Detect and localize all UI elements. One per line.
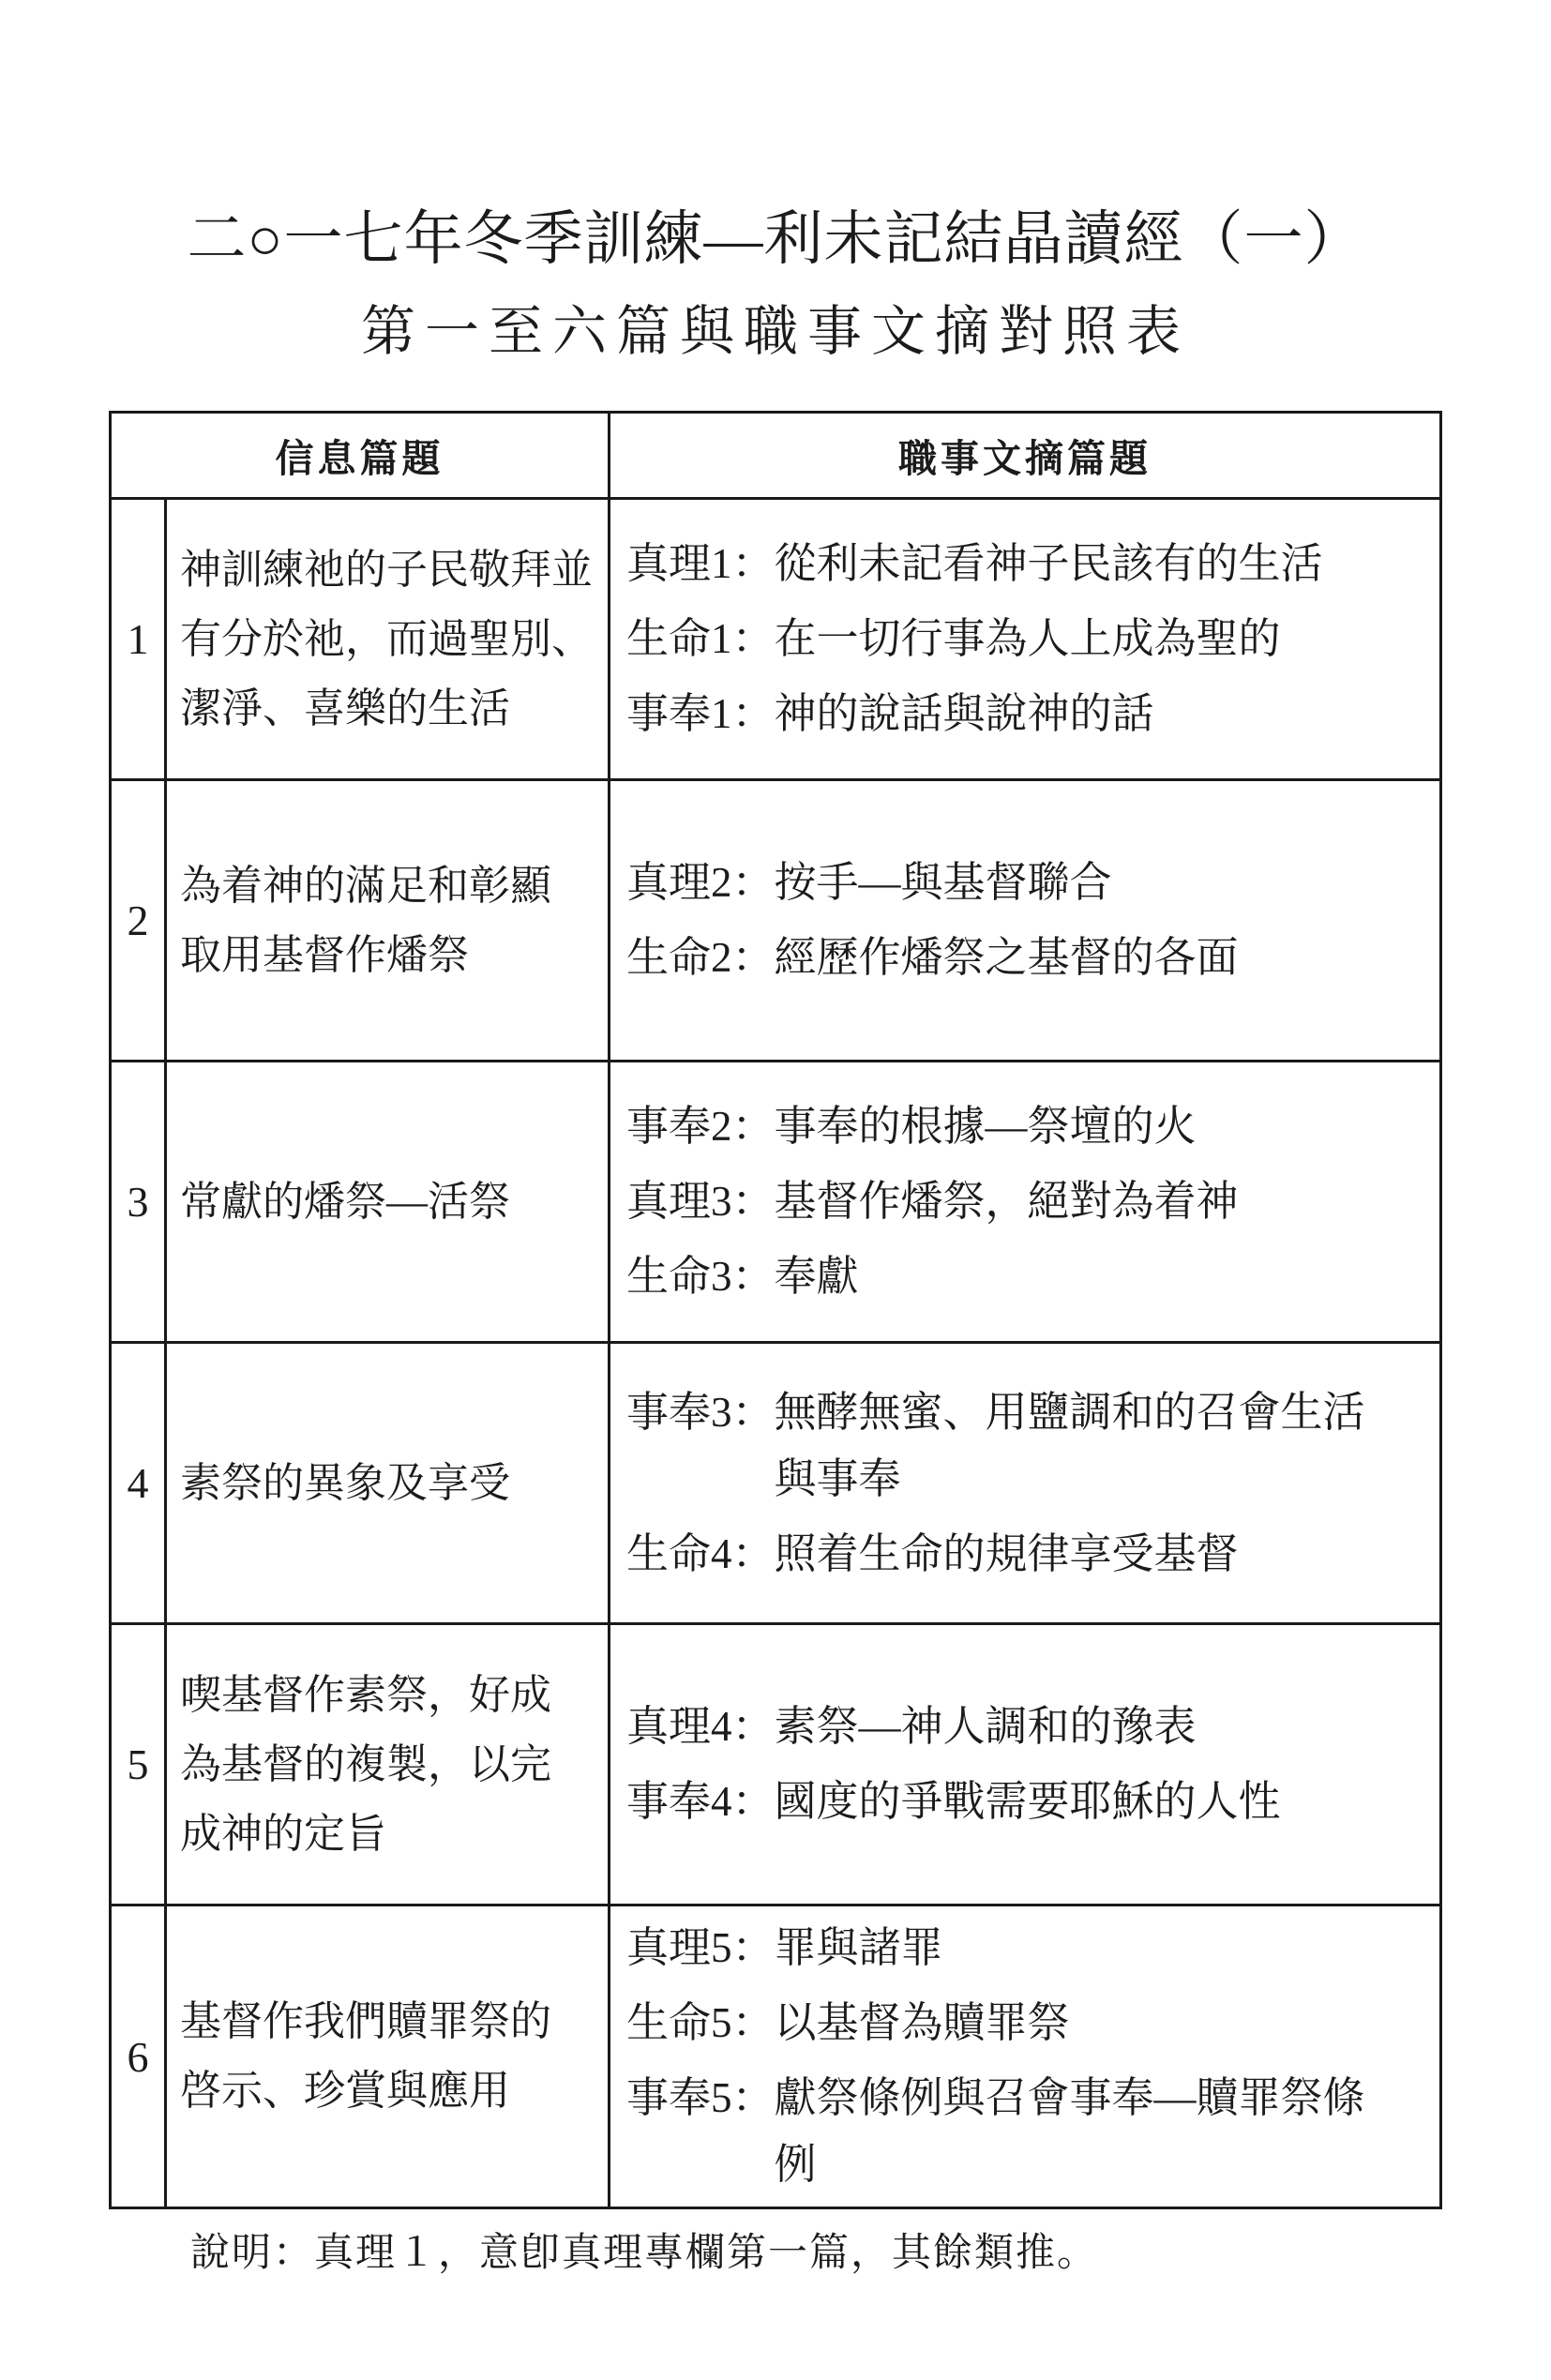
ministry-item-text: 獻祭條例與召會事奉—贖罪祭條 例 xyxy=(775,2065,1365,2198)
ministry-item-text: 奉獻 xyxy=(775,1243,859,1310)
ministry-item-label: 事奉5： xyxy=(626,2065,775,2131)
ministry-item-label: 真理4： xyxy=(626,1694,775,1760)
ministry-item: 生命2：經歷作燔祭之基督的各面 xyxy=(626,925,1430,991)
table-row: 2 為着神的滿足和彰顯 取用基督作燔祭 真理2：按手—與基督聯合生命2：經歷作燔… xyxy=(111,780,1441,1062)
message-title-text: 為着神的滿足和彰顯 取用基督作燔祭 xyxy=(180,851,600,990)
table-body: 1 神訓練祂的子民敬拜並 有分於祂，而過聖別、 潔淨、喜樂的生活 真理1：從利未… xyxy=(111,499,1441,2208)
table-header: 信息篇題 職事文摘篇題 xyxy=(111,413,1441,499)
message-title-text: 基督作我們贖罪祭的 啓示、珍賞與應用 xyxy=(180,1987,600,2126)
ministry-item: 真理4：素祭—神人調和的豫表 xyxy=(626,1694,1430,1760)
ministry-item-text: 無酵無蜜、用鹽調和的召會生活 與事奉 xyxy=(775,1379,1365,1513)
comparison-table: 信息篇題 職事文摘篇題 1 神訓練祂的子民敬拜並 有分於祂，而過聖別、 潔淨、喜… xyxy=(109,411,1442,2209)
ministry-excerpt-cell: 事奉2：事奉的根據—祭壇的火真理3：基督作燔祭，絕對為着神生命3：奉獻 xyxy=(610,1062,1441,1343)
header-row: 信息篇題 職事文摘篇題 xyxy=(111,413,1441,499)
ministry-excerpt-cell: 真理5：罪與諸罪生命5：以基督為贖罪祭事奉5：獻祭條例與召會事奉—贖罪祭條 例 xyxy=(610,1906,1441,2208)
message-title-cell: 常獻的燔祭—活祭 xyxy=(166,1062,610,1343)
message-title-text: 神訓練祂的子民敬拜並 有分於祂，而過聖別、 潔淨、喜樂的生活 xyxy=(180,535,600,744)
row-number: 5 xyxy=(111,1624,166,1906)
row-number: 2 xyxy=(111,780,166,1062)
ministry-excerpt-cell: 事奉3：無酵無蜜、用鹽調和的召會生活 與事奉生命4：照着生命的規律享受基督 xyxy=(610,1343,1441,1624)
ministry-item-text: 從利未記看神子民該有的生活 xyxy=(775,531,1323,597)
ministry-list: 真理5：罪與諸罪生命5：以基督為贖罪祭事奉5：獻祭條例與召會事奉—贖罪祭條 例 xyxy=(626,1915,1430,2198)
ministry-item-label: 真理1： xyxy=(626,531,775,597)
ministry-item-label: 事奉3： xyxy=(626,1379,775,1446)
ministry-item-label: 真理3： xyxy=(626,1168,775,1235)
header-message-column: 信息篇題 xyxy=(111,413,610,499)
table-row: 3 常獻的燔祭—活祭 事奉2：事奉的根據—祭壇的火真理3：基督作燔祭，絕對為着神… xyxy=(111,1062,1441,1343)
ministry-item-text: 罪與諸罪 xyxy=(775,1915,943,1981)
ministry-item-label: 生命4： xyxy=(626,1521,775,1588)
ministry-item-text: 國度的爭戰需要耶穌的人性 xyxy=(775,1769,1281,1835)
ministry-item-label: 生命5： xyxy=(626,1990,775,2056)
ministry-item-label: 真理2： xyxy=(626,850,775,916)
ministry-item: 真理3：基督作燔祭，絕對為着神 xyxy=(626,1168,1430,1235)
ministry-item-label: 真理5： xyxy=(626,1915,775,1981)
message-title-text: 常獻的燔祭—活祭 xyxy=(180,1167,600,1237)
ministry-item-text: 按手—與基督聯合 xyxy=(775,850,1112,916)
ministry-item-label: 事奉2： xyxy=(626,1093,775,1160)
message-title-cell: 喫基督作素祭，好成 為基督的複製，以完 成神的定旨 xyxy=(166,1624,610,1906)
ministry-item-label: 事奉1： xyxy=(626,681,775,747)
ministry-item: 事奉2：事奉的根據—祭壇的火 xyxy=(626,1093,1430,1160)
message-title-cell: 基督作我們贖罪祭的 啓示、珍賞與應用 xyxy=(166,1906,610,2208)
ministry-item-text: 在一切行事為人上成為聖的 xyxy=(775,606,1281,672)
ministry-item-label: 生命1： xyxy=(626,606,775,672)
ministry-item: 真理5：罪與諸罪 xyxy=(626,1915,1430,1981)
ministry-list: 真理2：按手—與基督聯合生命2：經歷作燔祭之基督的各面 xyxy=(626,850,1430,991)
ministry-list: 事奉3：無酵無蜜、用鹽調和的召會生活 與事奉生命4：照着生命的規律享受基督 xyxy=(626,1379,1430,1588)
ministry-item-text: 經歷作燔祭之基督的各面 xyxy=(775,925,1239,991)
table-row: 4 素祭的異象及享受 事奉3：無酵無蜜、用鹽調和的召會生活 與事奉生命4：照着生… xyxy=(111,1343,1441,1624)
ministry-item: 事奉4：國度的爭戰需要耶穌的人性 xyxy=(626,1769,1430,1835)
ministry-excerpt-cell: 真理2：按手—與基督聯合生命2：經歷作燔祭之基督的各面 xyxy=(610,780,1441,1062)
ministry-item: 生命4：照着生命的規律享受基督 xyxy=(626,1521,1430,1588)
ministry-item: 事奉1：神的說話與說神的話 xyxy=(626,681,1430,747)
ministry-item-label: 事奉4： xyxy=(626,1769,775,1835)
ministry-item: 生命3：奉獻 xyxy=(626,1243,1430,1310)
ministry-item-text: 神的說話與說神的話 xyxy=(775,681,1154,747)
ministry-list: 真理1：從利未記看神子民該有的生活生命1：在一切行事為人上成為聖的事奉1：神的說… xyxy=(626,531,1430,747)
ministry-item: 生命5：以基督為贖罪祭 xyxy=(626,1990,1430,2056)
row-number: 1 xyxy=(111,499,166,780)
message-title-text: 喫基督作素祭，好成 為基督的複製，以完 成神的定旨 xyxy=(180,1661,600,1869)
document-page: 二○一七年冬季訓練—利未記結晶讀經（一） 第一至六篇與職事文摘對照表 信息篇題 … xyxy=(0,0,1551,2380)
row-number: 6 xyxy=(111,1906,166,2208)
ministry-item-text: 事奉的根據—祭壇的火 xyxy=(775,1093,1197,1160)
ministry-item: 真理1：從利未記看神子民該有的生活 xyxy=(626,531,1430,597)
ministry-item-text: 照着生命的規律享受基督 xyxy=(775,1521,1239,1588)
ministry-item-label: 生命2： xyxy=(626,925,775,991)
document-title-line2: 第一至六篇與職事文摘對照表 xyxy=(0,304,1551,361)
ministry-excerpt-cell: 真理4：素祭—神人調和的豫表事奉4：國度的爭戰需要耶穌的人性 xyxy=(610,1624,1441,1906)
table-row: 6 基督作我們贖罪祭的 啓示、珍賞與應用 真理5：罪與諸罪生命5：以基督為贖罪祭… xyxy=(111,1906,1441,2208)
ministry-item-text: 以基督為贖罪祭 xyxy=(775,1990,1070,2056)
ministry-list: 事奉2：事奉的根據—祭壇的火真理3：基督作燔祭，絕對為着神生命3：奉獻 xyxy=(626,1093,1430,1310)
document-title-line1: 二○一七年冬季訓練—利未記結晶讀經（一） xyxy=(0,208,1551,270)
ministry-item-text: 基督作燔祭，絕對為着神 xyxy=(775,1168,1239,1235)
ministry-list: 真理4：素祭—神人調和的豫表事奉4：國度的爭戰需要耶穌的人性 xyxy=(626,1694,1430,1835)
ministry-item-label: 生命3： xyxy=(626,1243,775,1310)
ministry-item: 真理2：按手—與基督聯合 xyxy=(626,850,1430,916)
ministry-item: 事奉5：獻祭條例與召會事奉—贖罪祭條 例 xyxy=(626,2065,1430,2198)
message-title-cell: 神訓練祂的子民敬拜並 有分於祂，而過聖別、 潔淨、喜樂的生活 xyxy=(166,499,610,780)
footnote: 說明：真理１，意卽真理專欄第一篇，其餘類推。 xyxy=(0,2232,1551,2275)
message-title-text: 素祭的異象及享受 xyxy=(180,1449,600,1518)
message-title-cell: 為着神的滿足和彰顯 取用基督作燔祭 xyxy=(166,780,610,1062)
ministry-item: 生命1：在一切行事為人上成為聖的 xyxy=(626,606,1430,672)
header-ministry-column: 職事文摘篇題 xyxy=(610,413,1441,499)
ministry-item: 事奉3：無酵無蜜、用鹽調和的召會生活 與事奉 xyxy=(626,1379,1430,1513)
ministry-excerpt-cell: 真理1：從利未記看神子民該有的生活生命1：在一切行事為人上成為聖的事奉1：神的說… xyxy=(610,499,1441,780)
row-number: 3 xyxy=(111,1062,166,1343)
row-number: 4 xyxy=(111,1343,166,1624)
ministry-item-text: 素祭—神人調和的豫表 xyxy=(775,1694,1197,1760)
table-row: 1 神訓練祂的子民敬拜並 有分於祂，而過聖別、 潔淨、喜樂的生活 真理1：從利未… xyxy=(111,499,1441,780)
message-title-cell: 素祭的異象及享受 xyxy=(166,1343,610,1624)
table-row: 5 喫基督作素祭，好成 為基督的複製，以完 成神的定旨 真理4：素祭—神人調和的… xyxy=(111,1624,1441,1906)
